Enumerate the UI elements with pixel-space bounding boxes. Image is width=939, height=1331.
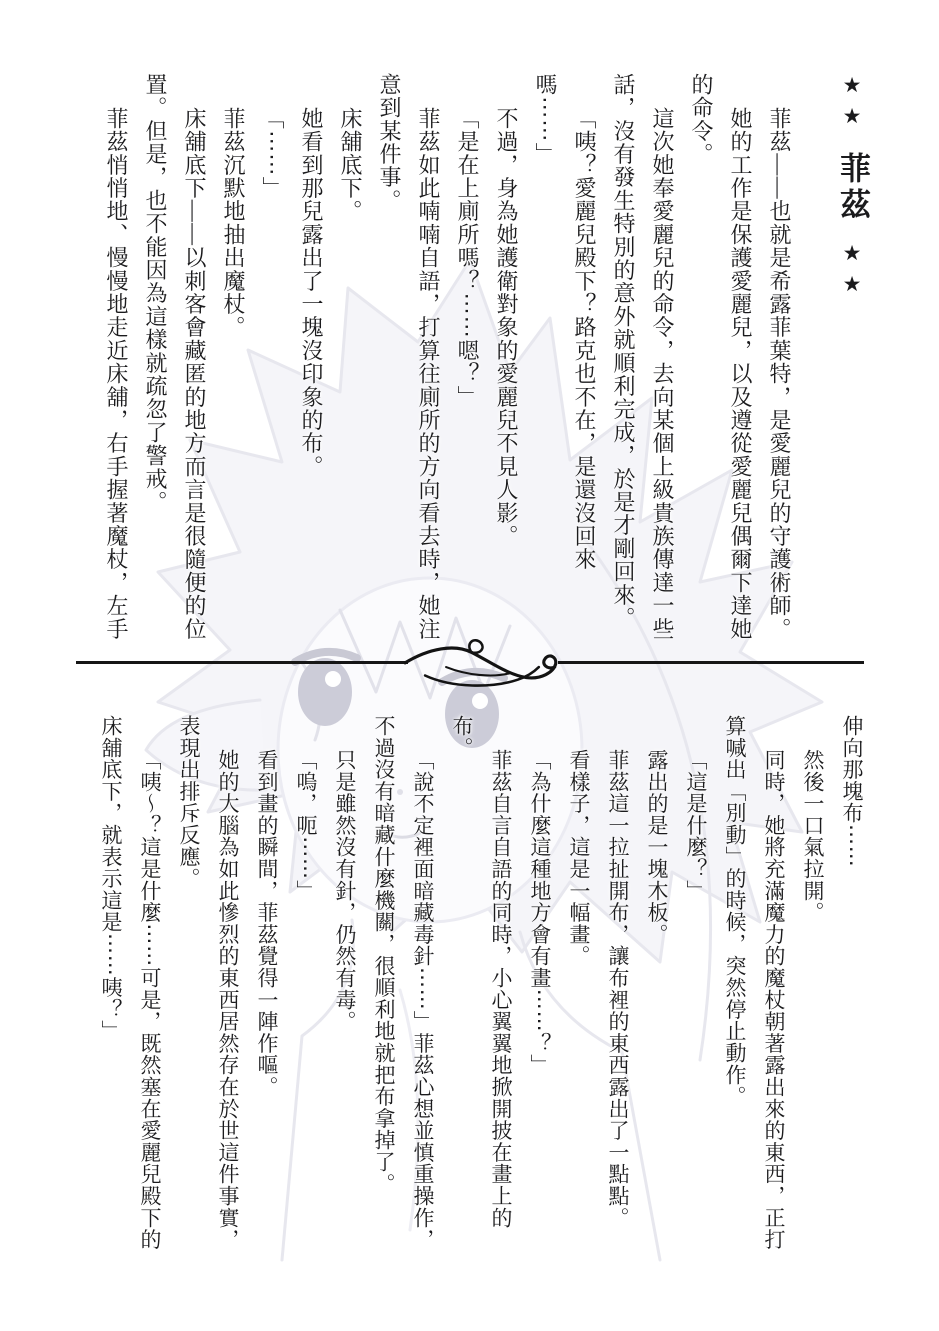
text-line: 看樣子，這是一幅畫。: [559, 715, 598, 1263]
text-line: 這次她奉愛麗兒的命令，去向某個上級貴族傳達一些: [643, 73, 682, 665]
text-line: 床舖底下——以刺客會藏匿的地方而言是很隨便的位: [175, 73, 214, 665]
text-line: 「為什麼這種地方會有畫⋯⋯？」: [520, 715, 559, 1263]
text-line: 布。: [442, 715, 481, 1263]
text-line: 伸向那塊布⋯⋯: [832, 715, 871, 1263]
title-stars-bottom: ★★: [829, 241, 875, 303]
text-line: 她看到那兒露出了一塊沒印象的布。: [292, 73, 331, 665]
flourish-ornament: [404, 638, 562, 694]
divider-rule-right: [558, 661, 864, 664]
section-title: ★★ 菲茲 ★★: [829, 73, 875, 665]
text-line: 「⋯⋯」: [253, 73, 292, 665]
novel-page: ★★ 菲茲 ★★ 菲茲——也就是希露菲葉特，是愛麗兒的守護術師。 她的工作是保護…: [0, 0, 939, 1331]
text-line: 不過沒有暗藏什麼機關，很順利地就把布拿掉了。: [364, 715, 403, 1263]
text-line: 然後一口氣拉開。: [793, 715, 832, 1263]
title-stars-top: ★★: [829, 73, 875, 135]
text-line: 嗎⋯⋯」: [526, 73, 565, 665]
text-line: 「嗚，呃⋯⋯」: [286, 715, 325, 1263]
bottom-text-section: 伸向那塊布⋯⋯ 然後一口氣拉開。 同時，她將充滿魔力的魔杖朝著露出來的東西，正打…: [91, 715, 871, 1263]
text-line: 菲茲悄悄地、慢慢地走近床舖，右手握著魔杖，左手: [97, 73, 136, 665]
text-line: 「咦？愛麗兒殿下？路克也不在，是還沒回來: [565, 73, 604, 665]
text-line: 不過，身為她護衛對象的愛麗兒不見人影。: [487, 73, 526, 665]
text-line: 看到畫的瞬間，菲茲覺得一陣作嘔。: [247, 715, 286, 1263]
text-line: 她的大腦為如此慘烈的東西居然存在於世這件事實，: [208, 715, 247, 1263]
text-line: 床舖底下，就表示這是⋯⋯咦？」: [91, 715, 130, 1263]
divider-rule-left: [76, 661, 408, 664]
text-line: 置。但是，也不能因為這樣就疏忽了警戒。: [136, 73, 175, 665]
text-line: 話，沒有發生特別的意外就順利完成，於是才剛回來。: [604, 73, 643, 665]
top-text-section: ★★ 菲茲 ★★ 菲茲——也就是希露菲葉特，是愛麗兒的守護術師。 她的工作是保護…: [97, 73, 875, 665]
text-line: 菲茲這一拉扯開布，讓布裡的東西露出了一點點。: [598, 715, 637, 1263]
text-line: 露出的是一塊木板。: [637, 715, 676, 1263]
text-line: 床舖底下。: [331, 73, 370, 665]
text-line: 菲茲如此喃喃自語，打算往廁所的方向看去時，她注: [409, 73, 448, 665]
text-line: 同時，她將充滿魔力的魔杖朝著露出來的東西，正打: [754, 715, 793, 1263]
text-line: 表現出排斥反應。: [169, 715, 208, 1263]
title-text: 菲茲: [829, 152, 875, 224]
text-line: 菲茲——也就是希露菲葉特，是愛麗兒的守護術師。: [760, 73, 799, 665]
text-line: 菲茲自言自語的同時，小心翼翼地掀開披在畫上的: [481, 715, 520, 1263]
text-line: 「這是什麼？」: [676, 715, 715, 1263]
text-line: 「咦～？這是什麼⋯⋯可是，既然塞在愛麗兒殿下的: [130, 715, 169, 1263]
text-line: 算喊出「別動」的時候，突然停止動作。: [715, 715, 754, 1263]
text-line: 意到某件事。: [370, 73, 409, 665]
text-line: 「是在上廁所嗎？⋯⋯嗯？」: [448, 73, 487, 665]
text-line: 只是雖然沒有針，仍然有毒。: [325, 715, 364, 1263]
text-line: 她的工作是保護愛麗兒，以及遵從愛麗兒偶爾下達她: [721, 73, 760, 665]
text-line: 的命令。: [682, 73, 721, 665]
text-line: 菲茲沉默地抽出魔杖。: [214, 73, 253, 665]
text-line: 「說不定裡面暗藏毒針⋯⋯」菲茲心想並慎重操作，: [403, 715, 442, 1263]
